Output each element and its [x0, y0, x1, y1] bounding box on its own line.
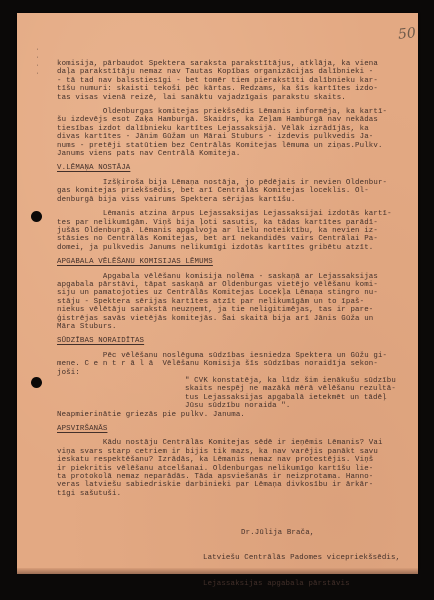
document-body: komisija, pārbaudot Spektera saraksta pa…	[57, 60, 423, 600]
handwritten-page-number: 50	[397, 25, 416, 43]
paragraph: Apgabala vēlēšanu komisija nolēma - sask…	[57, 273, 423, 332]
section-heading: APGABALA VĒLĒŠANU KOMISIJAS LĒMUMS	[57, 258, 213, 266]
signatory-title: Latviešu Centrālās Padomes vicepriekšsēd…	[203, 554, 423, 562]
binder-hole-icon	[31, 377, 42, 388]
paragraph: Kādu nostāju Centrālās Komitejas sēdē ir…	[57, 439, 423, 498]
paragraph: Pēc vēlēšanu noslēguma sūdzības iesniedz…	[57, 352, 423, 377]
paragraph: Neapmierinātie griezās pie pulkv. Januma…	[57, 411, 423, 419]
signature-block: Dr.Jūlija Brača, Latviešu Centrālās Pado…	[203, 512, 423, 600]
section-heading: V.LĒMAŅA NOSTĀJA	[57, 164, 130, 172]
margin-marks: ····	[36, 46, 40, 78]
paragraph: Izšķiroša bija Lēmaņa nostāja, jo pēdēja…	[57, 179, 423, 204]
paragraph: komisija, pārbaudot Spektera saraksta pa…	[57, 60, 423, 102]
paragraph: Lēmanis atzina ārpus Lejassaksijas Lejas…	[57, 210, 423, 252]
paragraph: Oldenburgas komitejas priekšsēdis Lēmani…	[57, 108, 423, 158]
signatory-role: Lejassaksijas apgabala pārstāvis	[203, 580, 423, 588]
quoted-decision: " CVK konstatēja, ka līdz šim ienākušu s…	[185, 377, 423, 411]
section-heading: APSVIRŠANĀS	[57, 425, 107, 433]
document-page: 50 ···· komisija, pārbaudot Spektera sar…	[17, 13, 418, 568]
signatory-name: Dr.Jūlija Brača,	[203, 529, 423, 537]
binder-hole-icon	[31, 211, 42, 222]
section-heading: SŪDZĪBAS NORAIDĪTAS	[57, 337, 144, 345]
